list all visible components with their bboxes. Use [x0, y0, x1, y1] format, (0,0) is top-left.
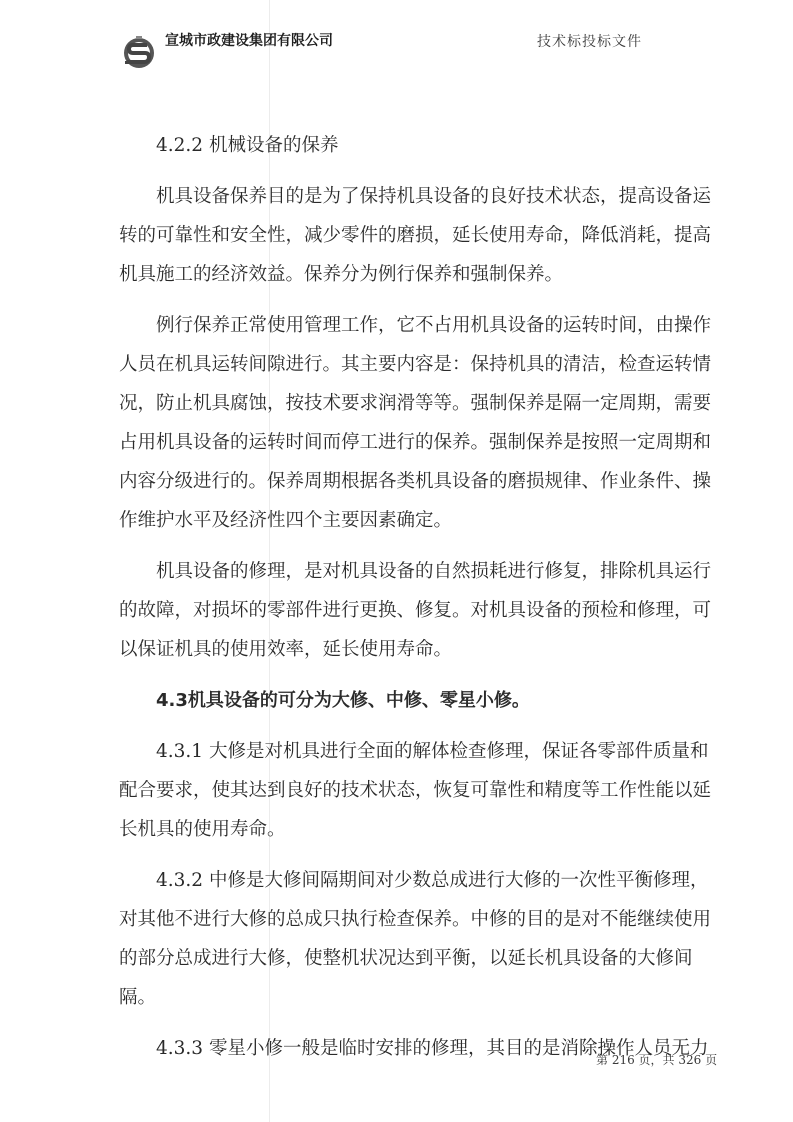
document-body: 4.2.2 机械设备的保养 机具设备保养目的是为了保持机具设备的良好技术状态，提…	[119, 126, 713, 1068]
paragraph-routine-maintenance: 例行保养正常使用管理工作，它不占用机具设备的运转时间，由操作人员在机具运转间隙进…	[119, 306, 713, 540]
section-subheading-4-2-2: 4.2.2 机械设备的保养	[119, 126, 713, 165]
company-name: 宣城市政建设集团有限公司	[165, 30, 333, 50]
company-s-logo-icon	[121, 34, 157, 70]
section-heading-4-3: 4.3机具设备的可分为大修、中修、零星小修。	[119, 681, 713, 720]
paragraph-4-3-2-medium-repair: 4.3.2 中修是大修间隔期间对少数总成进行大修的一次性平衡修理，对其他不进行大…	[119, 861, 713, 1017]
paragraph-maintenance-purpose: 机具设备保养目的是为了保持机具设备的良好技术状态，提高设备运转的可靠性和安全性，…	[119, 177, 713, 294]
paragraph-4-3-1-overhaul: 4.3.1 大修是对机具进行全面的解体检查修理，保证各零部件质量和配合要求，使其…	[119, 732, 713, 849]
page-number: 第 216 页，共 326 页	[596, 1051, 717, 1068]
paragraph-repair: 机具设备的修理，是对机具设备的自然损耗进行修复，排除机具运行的故障，对损坏的零部…	[119, 552, 713, 669]
page-header: 宣城市政建设集团有限公司 技术标投标文件	[0, 0, 793, 80]
document-type-label: 技术标投标文件	[537, 31, 642, 51]
